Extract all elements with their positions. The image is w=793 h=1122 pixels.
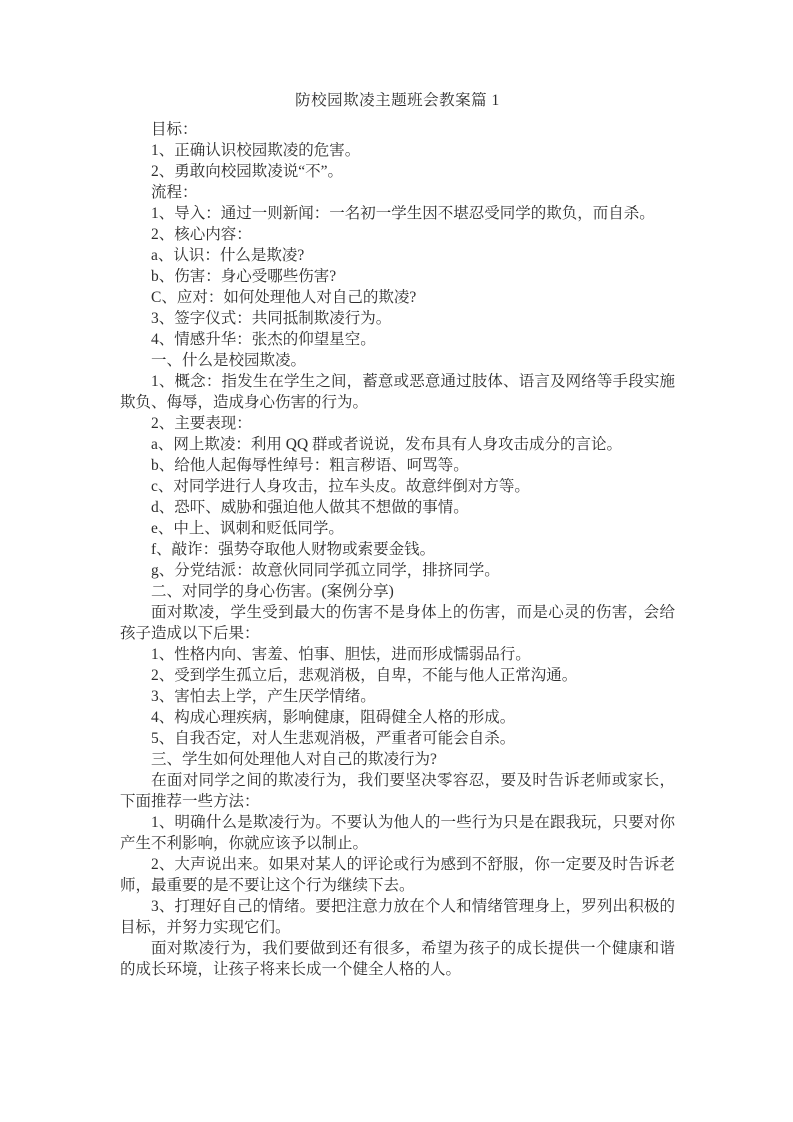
paragraph: 3、签字仪式：共同抵制欺凌行为。 xyxy=(120,308,675,329)
paragraph: 3、打理好自己的情绪。要把注意力放在个人和情绪管理身上，罗列出积极的目标，并努力… xyxy=(120,896,675,938)
paragraph: b、给他人起侮辱性绰号：粗言秽语、呵骂等。 xyxy=(120,455,675,476)
paragraph: 1、正确认识校园欺凌的危害。 xyxy=(120,140,675,161)
paragraph: f、敲诈：强势夺取他人财物或索要金钱。 xyxy=(120,539,675,560)
paragraph: a、网上欺凌：利用 QQ 群或者说说，发布具有人身攻击成分的言论。 xyxy=(120,434,675,455)
paragraph: d、恐吓、威胁和强迫他人做其不想做的事情。 xyxy=(120,497,675,518)
paragraph: 1、导入：通过一则新闻：一名初一学生因不堪忍受同学的欺负，而自杀。 xyxy=(120,203,675,224)
paragraph: 流程： xyxy=(120,182,675,203)
paragraph: 2、主要表现： xyxy=(120,413,675,434)
document-title: 防校园欺凌主题班会教案篇 1 xyxy=(120,90,675,111)
paragraph: 在面对同学之间的欺凌行为，我们要坚决零容忍，要及时告诉老师或家长，下面推荐一些方… xyxy=(120,770,675,812)
paragraph: 2、勇敢向校园欺凌说“不”。 xyxy=(120,161,675,182)
paragraph: g、分党结派：故意伙同同学孤立同学，排挤同学。 xyxy=(120,560,675,581)
paragraph: 1、明确什么是欺凌行为。不要认为他人的一些行为只是在跟我玩，只要对你产生不利影响… xyxy=(120,812,675,854)
paragraph: 一、什么是校园欺凌。 xyxy=(120,350,675,371)
paragraph: 5、自我否定，对人生悲观消极，严重者可能会自杀。 xyxy=(120,728,675,749)
paragraph: 目标： xyxy=(120,119,675,140)
paragraph: c、对同学进行人身攻击，拉车头皮。故意绊倒对方等。 xyxy=(120,476,675,497)
document-content: 防校园欺凌主题班会教案篇 1 目标：1、正确认识校园欺凌的危害。2、勇敢向校园欺… xyxy=(120,90,675,980)
document-page: 防校园欺凌主题班会教案篇 1 目标：1、正确认识校园欺凌的危害。2、勇敢向校园欺… xyxy=(0,0,793,1122)
paragraph: 2、核心内容： xyxy=(120,224,675,245)
paragraph: C、应对：如何处理他人对自己的欺凌? xyxy=(120,287,675,308)
paragraph: 1、概念：指发生在学生之间，蓄意或恶意通过肢体、语言及网络等手段实施欺负、侮辱，… xyxy=(120,371,675,413)
paragraph: b、伤害：身心受哪些伤害? xyxy=(120,266,675,287)
paragraph: 4、情感升华：张杰的仰望星空。 xyxy=(120,329,675,350)
paragraph: 2、受到学生孤立后，悲观消极，自卑，不能与他人正常沟通。 xyxy=(120,665,675,686)
paragraph: 4、构成心理疾病，影响健康，阻碍健全人格的形成。 xyxy=(120,707,675,728)
paragraph: 面对欺凌，学生受到最大的伤害不是身体上的伤害，而是心灵的伤害，会给孩子造成以下后… xyxy=(120,602,675,644)
document-body: 目标：1、正确认识校园欺凌的危害。2、勇敢向校园欺凌说“不”。流程：1、导入：通… xyxy=(120,119,675,980)
paragraph: 二、对同学的身心伤害。(案例分享) xyxy=(120,581,675,602)
paragraph: 2、大声说出来。如果对某人的评论或行为感到不舒服，你一定要及时告诉老师，最重要的… xyxy=(120,854,675,896)
paragraph: 三、学生如何处理他人对自己的欺凌行为? xyxy=(120,749,675,770)
paragraph: 面对欺凌行为，我们要做到还有很多，希望为孩子的成长提供一个健康和谐的成长环境，让… xyxy=(120,938,675,980)
paragraph: a、认识：什么是欺凌? xyxy=(120,245,675,266)
paragraph: e、中上、讽刺和贬低同学。 xyxy=(120,518,675,539)
paragraph: 1、性格内向、害羞、怕事、胆怯，进而形成懦弱品行。 xyxy=(120,644,675,665)
paragraph: 3、害怕去上学，产生厌学情绪。 xyxy=(120,686,675,707)
